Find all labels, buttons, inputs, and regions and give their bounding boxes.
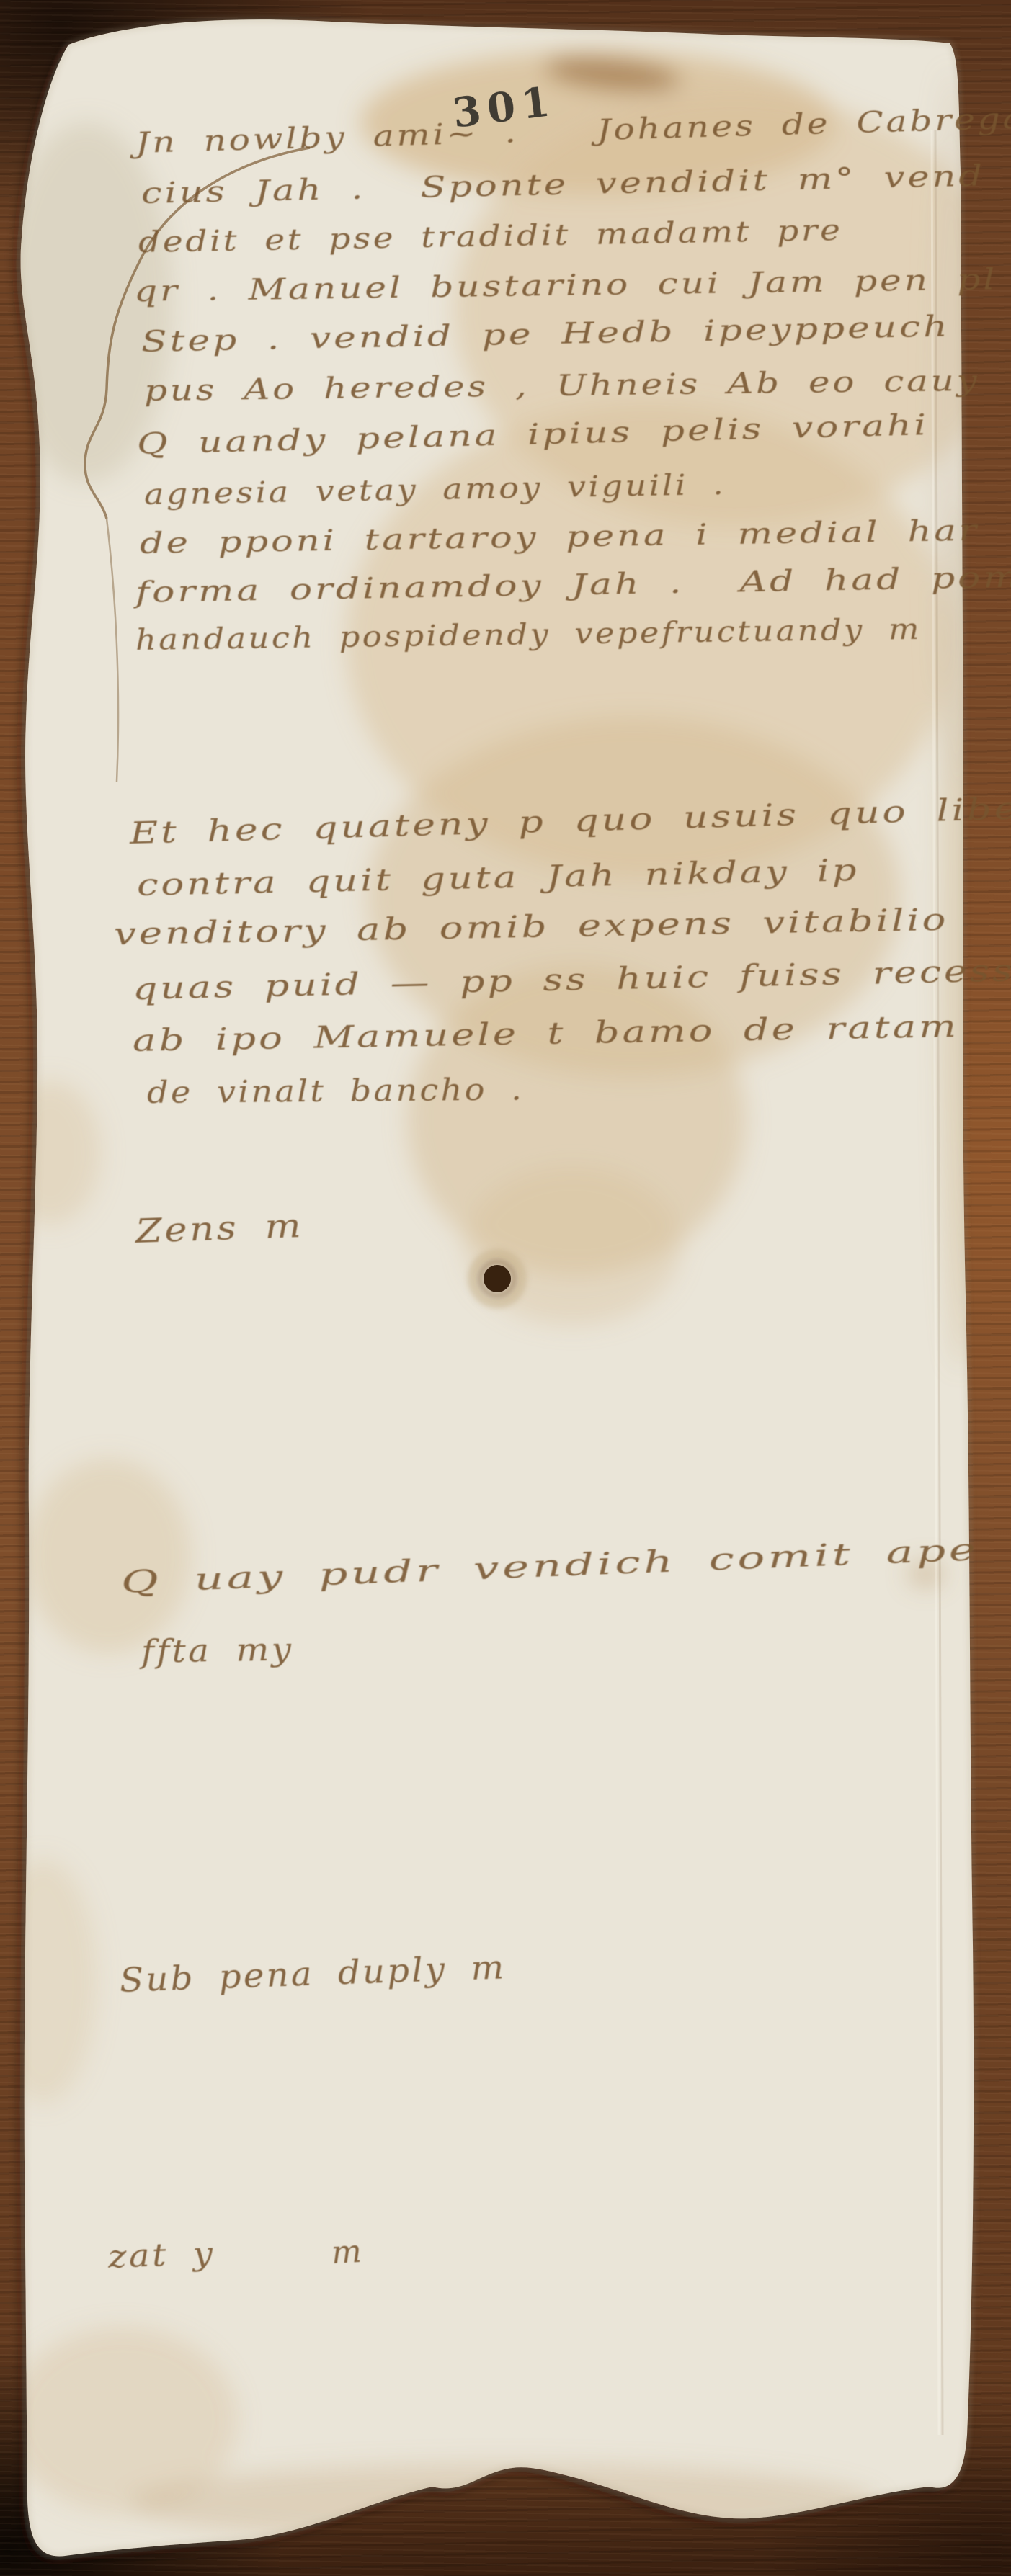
- handwriting-line: Q uay pudr vendich comit ape: [120, 1531, 979, 1600]
- handwriting-line: contra quit guta Jah nikday ip: [136, 852, 859, 903]
- closing-mark-right: m: [331, 2233, 365, 2271]
- handwriting-line: Jn nowlby ami~ . Johanes de Cabrega no;: [135, 99, 1011, 160]
- handwriting-line: cius Jah . Sponte vendidit m° vend: [141, 159, 986, 210]
- penalty-clause-line: Sub pena duply m: [119, 1947, 507, 2000]
- handwriting-line: pus Ao heredes , Uhneis Ab eo cauy: [144, 365, 980, 408]
- handwriting-line: de pponi tartaroy pena i medial har: [140, 514, 980, 560]
- handwriting-line: forma ordinamdoy Jah . Ad had pom: [135, 561, 1011, 609]
- handwriting-line: Et hec quateny p quo usuis quo liber: [129, 790, 1011, 851]
- handwriting-line: handauch pospidendy vepefructuandy m: [135, 613, 922, 657]
- short-note-line: Zens m: [135, 1206, 304, 1251]
- handwriting-line: Step . vendid pe Hedb ipeyppeuch: [141, 310, 950, 359]
- handwriting-line: ab ipo Mamuele t bamo de ratam: [133, 1009, 960, 1058]
- handwriting-line: quas puid — pp ss huic fuiss recess: [132, 952, 1011, 1006]
- handwriting-line: ffta my: [141, 1631, 294, 1671]
- handwriting-layer: 301 Jn nowlby ami~ . Johanes de Cabrega …: [0, 0, 1011, 2576]
- handwriting-line: agnesia vetay amoy viguili .: [144, 468, 726, 511]
- handwriting-line: qr . Manuel bustarino cui Jam pen pl: [134, 263, 998, 308]
- closing-mark-left: zat y: [107, 2235, 215, 2276]
- handwriting-line: dedit et pse tradidit madamt pre: [138, 214, 843, 259]
- handwriting-line: venditory ab omib expens vitabilio: [114, 902, 949, 952]
- handwriting-line: Q uandy pelana ipius pelis vorahi: [136, 408, 929, 461]
- handwriting-line: de vinalt bancho .: [147, 1071, 525, 1110]
